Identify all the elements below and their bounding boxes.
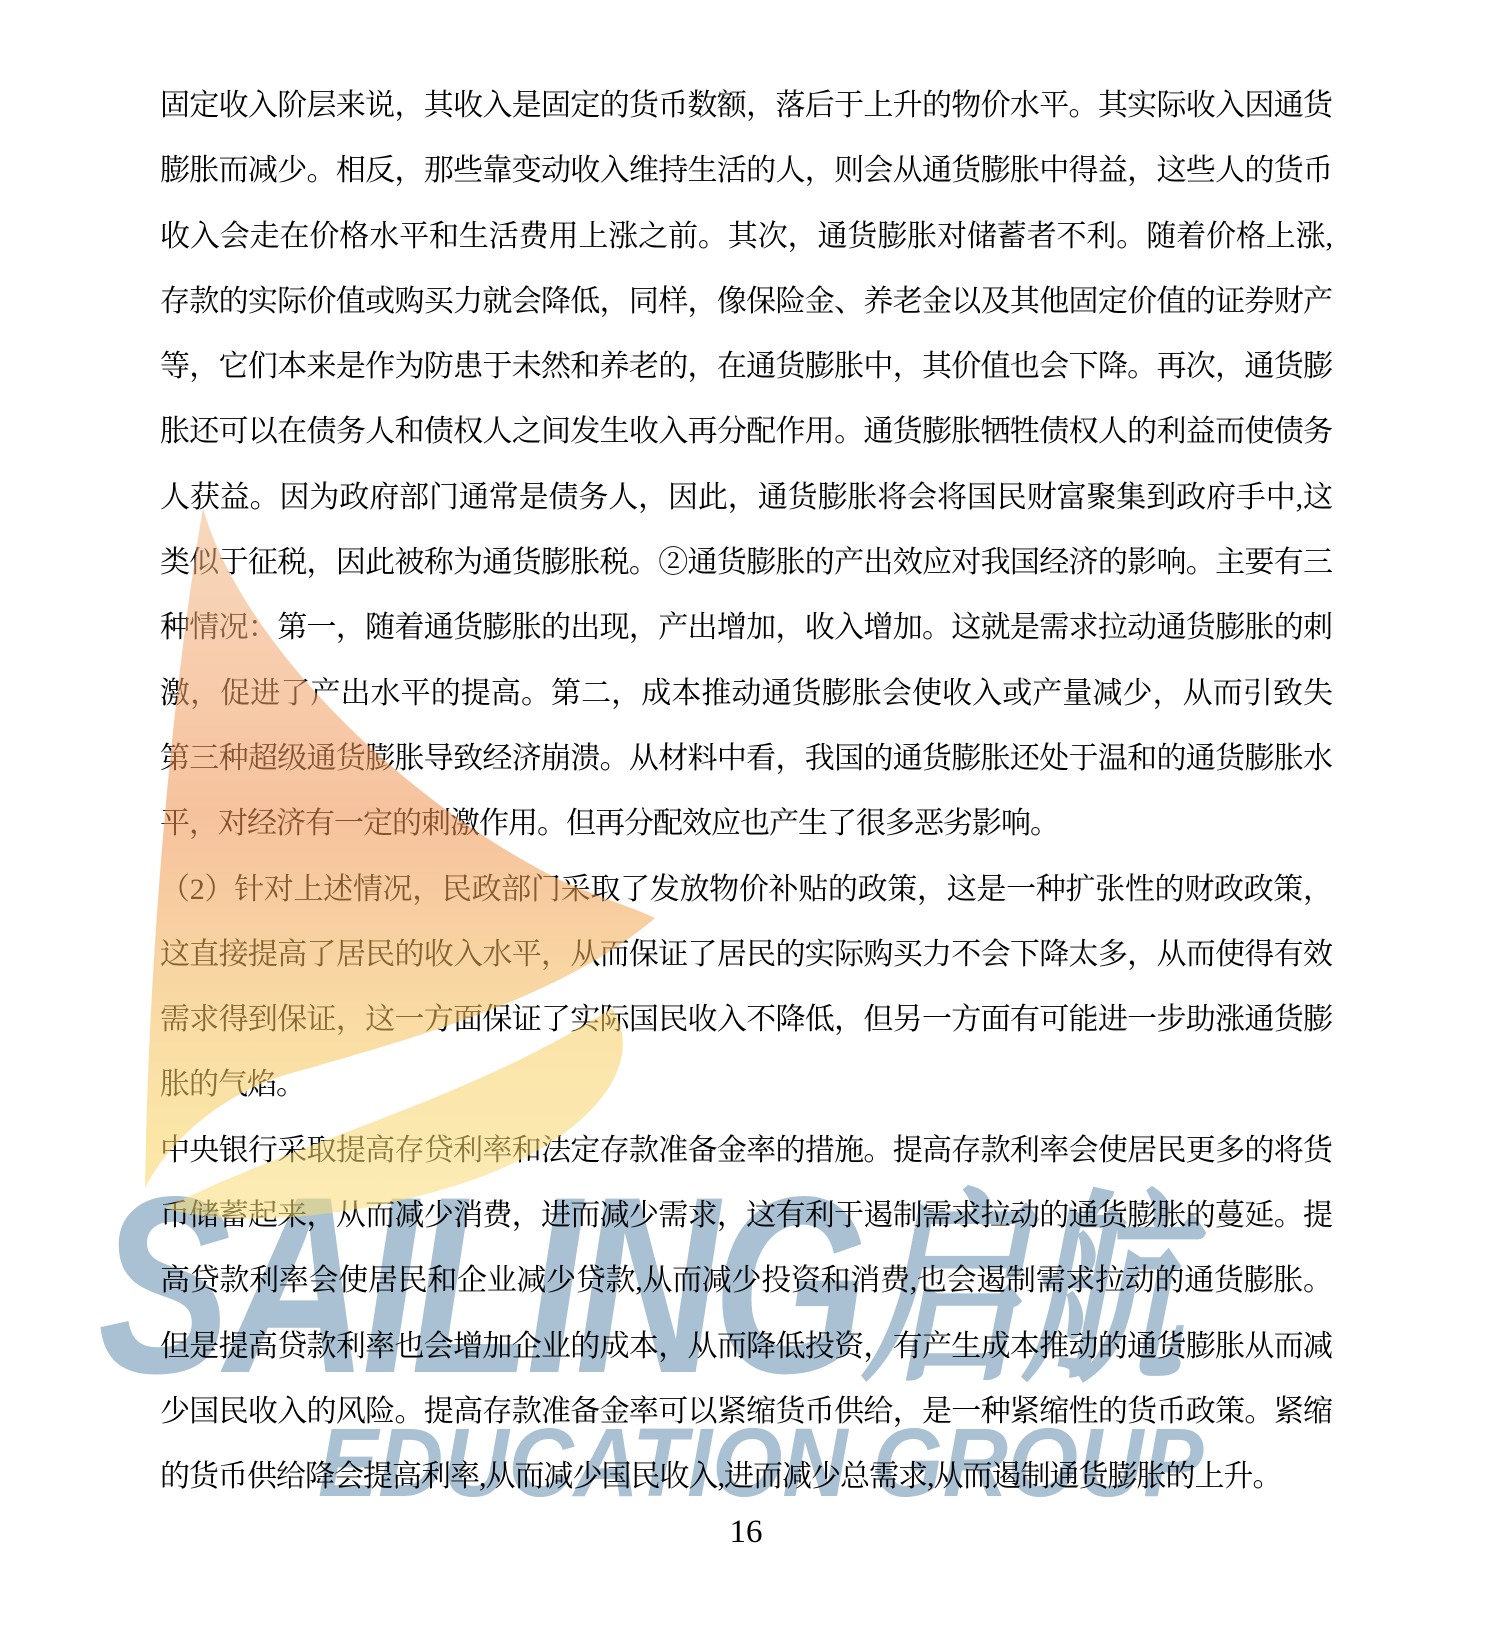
text-line: （2）针对上述情况，民政部门采取了发放物价补贴的政策，这是一种扩张性的财政政策，	[160, 857, 1332, 922]
text-line: 的货币供给降会提高利率,从而减少国民收入,进而减少总需求,从而遏制通货膨胀的上升…	[160, 1444, 1332, 1509]
text-line: 种情况：第一，随着通货膨胀的出现，产出增加，收入增加。这就是需求拉动通货膨胀的刺	[160, 595, 1332, 660]
text-line: 第三种超级通货膨胀导致经济崩溃。从材料中看，我国的通货膨胀还处于温和的通货膨胀水	[160, 726, 1332, 791]
text-line: 这直接提高了居民的收入水平，从而保证了居民的实际购买力不会下降太多，从而使得有效	[160, 922, 1332, 987]
text-line: 币储蓄起来，从而减少消费，进而减少需求，这有利于遏制需求拉动的通货膨胀的蔓延。提	[160, 1183, 1332, 1248]
text-line: 胀还可以在债务人和债权人之间发生收入再分配作用。通货膨胀牺牲债权人的利益而使债务	[160, 399, 1332, 464]
page-number: 16	[0, 1514, 1492, 1551]
text-line: 等，它们本来是作为防患于未然和养老的，在通货膨胀中，其价值也会下降。再次，通货膨	[160, 334, 1332, 399]
body-text: 固定收入阶层来说，其收入是固定的货币数额，落后于上升的物价水平。其实际收入因通货…	[160, 73, 1332, 1510]
text-line: 需求得到保证，这一方面保证了实际国民收入不降低，但另一方面有可能进一步助涨通货膨	[160, 987, 1332, 1052]
text-line: 膨胀而减少。相反，那些靠变动收入维持生活的人，则会从通货膨胀中得益，这些人的货币	[160, 138, 1332, 203]
text-line: 高贷款利率会使居民和企业减少贷款,从而减少投资和消费,也会遏制需求拉动的通货膨胀…	[160, 1248, 1332, 1313]
text-line: 收入会走在价格水平和生活费用上涨之前。其次，通货膨胀对储蓄者不利。随着价格上涨,	[160, 204, 1332, 269]
text-line: 类似于征税，因此被称为通货膨胀税。②通货膨胀的产出效应对我国经济的影响。主要有三	[160, 530, 1332, 595]
text-line: 中央银行采取提高存贷利率和法定存款准备金率的措施。提高存款利率会使居民更多的将货	[160, 1118, 1332, 1183]
text-line: 固定收入阶层来说，其收入是固定的货币数额，落后于上升的物价水平。其实际收入因通货	[160, 73, 1332, 138]
text-line: 平，对经济有一定的刺激作用。但再分配效应也产生了很多恶劣影响。	[160, 791, 1332, 856]
text-line: 胀的气焰。	[160, 1052, 1332, 1117]
text-line: 少国民收入的风险。提高存款准备金率可以紧缩货币供给，是一种紧缩性的货币政策。紧缩	[160, 1379, 1332, 1444]
text-line: 激，促进了产出水平的提高。第二，成本推动通货膨胀会使收入或产量减少，从而引致失业…	[160, 661, 1332, 726]
text-line: 存款的实际价值或购买力就会降低，同样，像保险金、养老金以及其他固定价值的证券财产	[160, 269, 1332, 334]
text-line: 人获益。因为政府部门通常是债务人，因此，通货膨胀将会将国民财富聚集到政府手中,这	[160, 465, 1332, 530]
document-page: SAILING启航 EDUCATION GROUP 固定收入阶层来说，其收入是固…	[0, 0, 1492, 1625]
text-line: 但是提高贷款利率也会增加企业的成本，从而降低投资，有产生成本推动的通货膨胀从而减	[160, 1314, 1332, 1379]
